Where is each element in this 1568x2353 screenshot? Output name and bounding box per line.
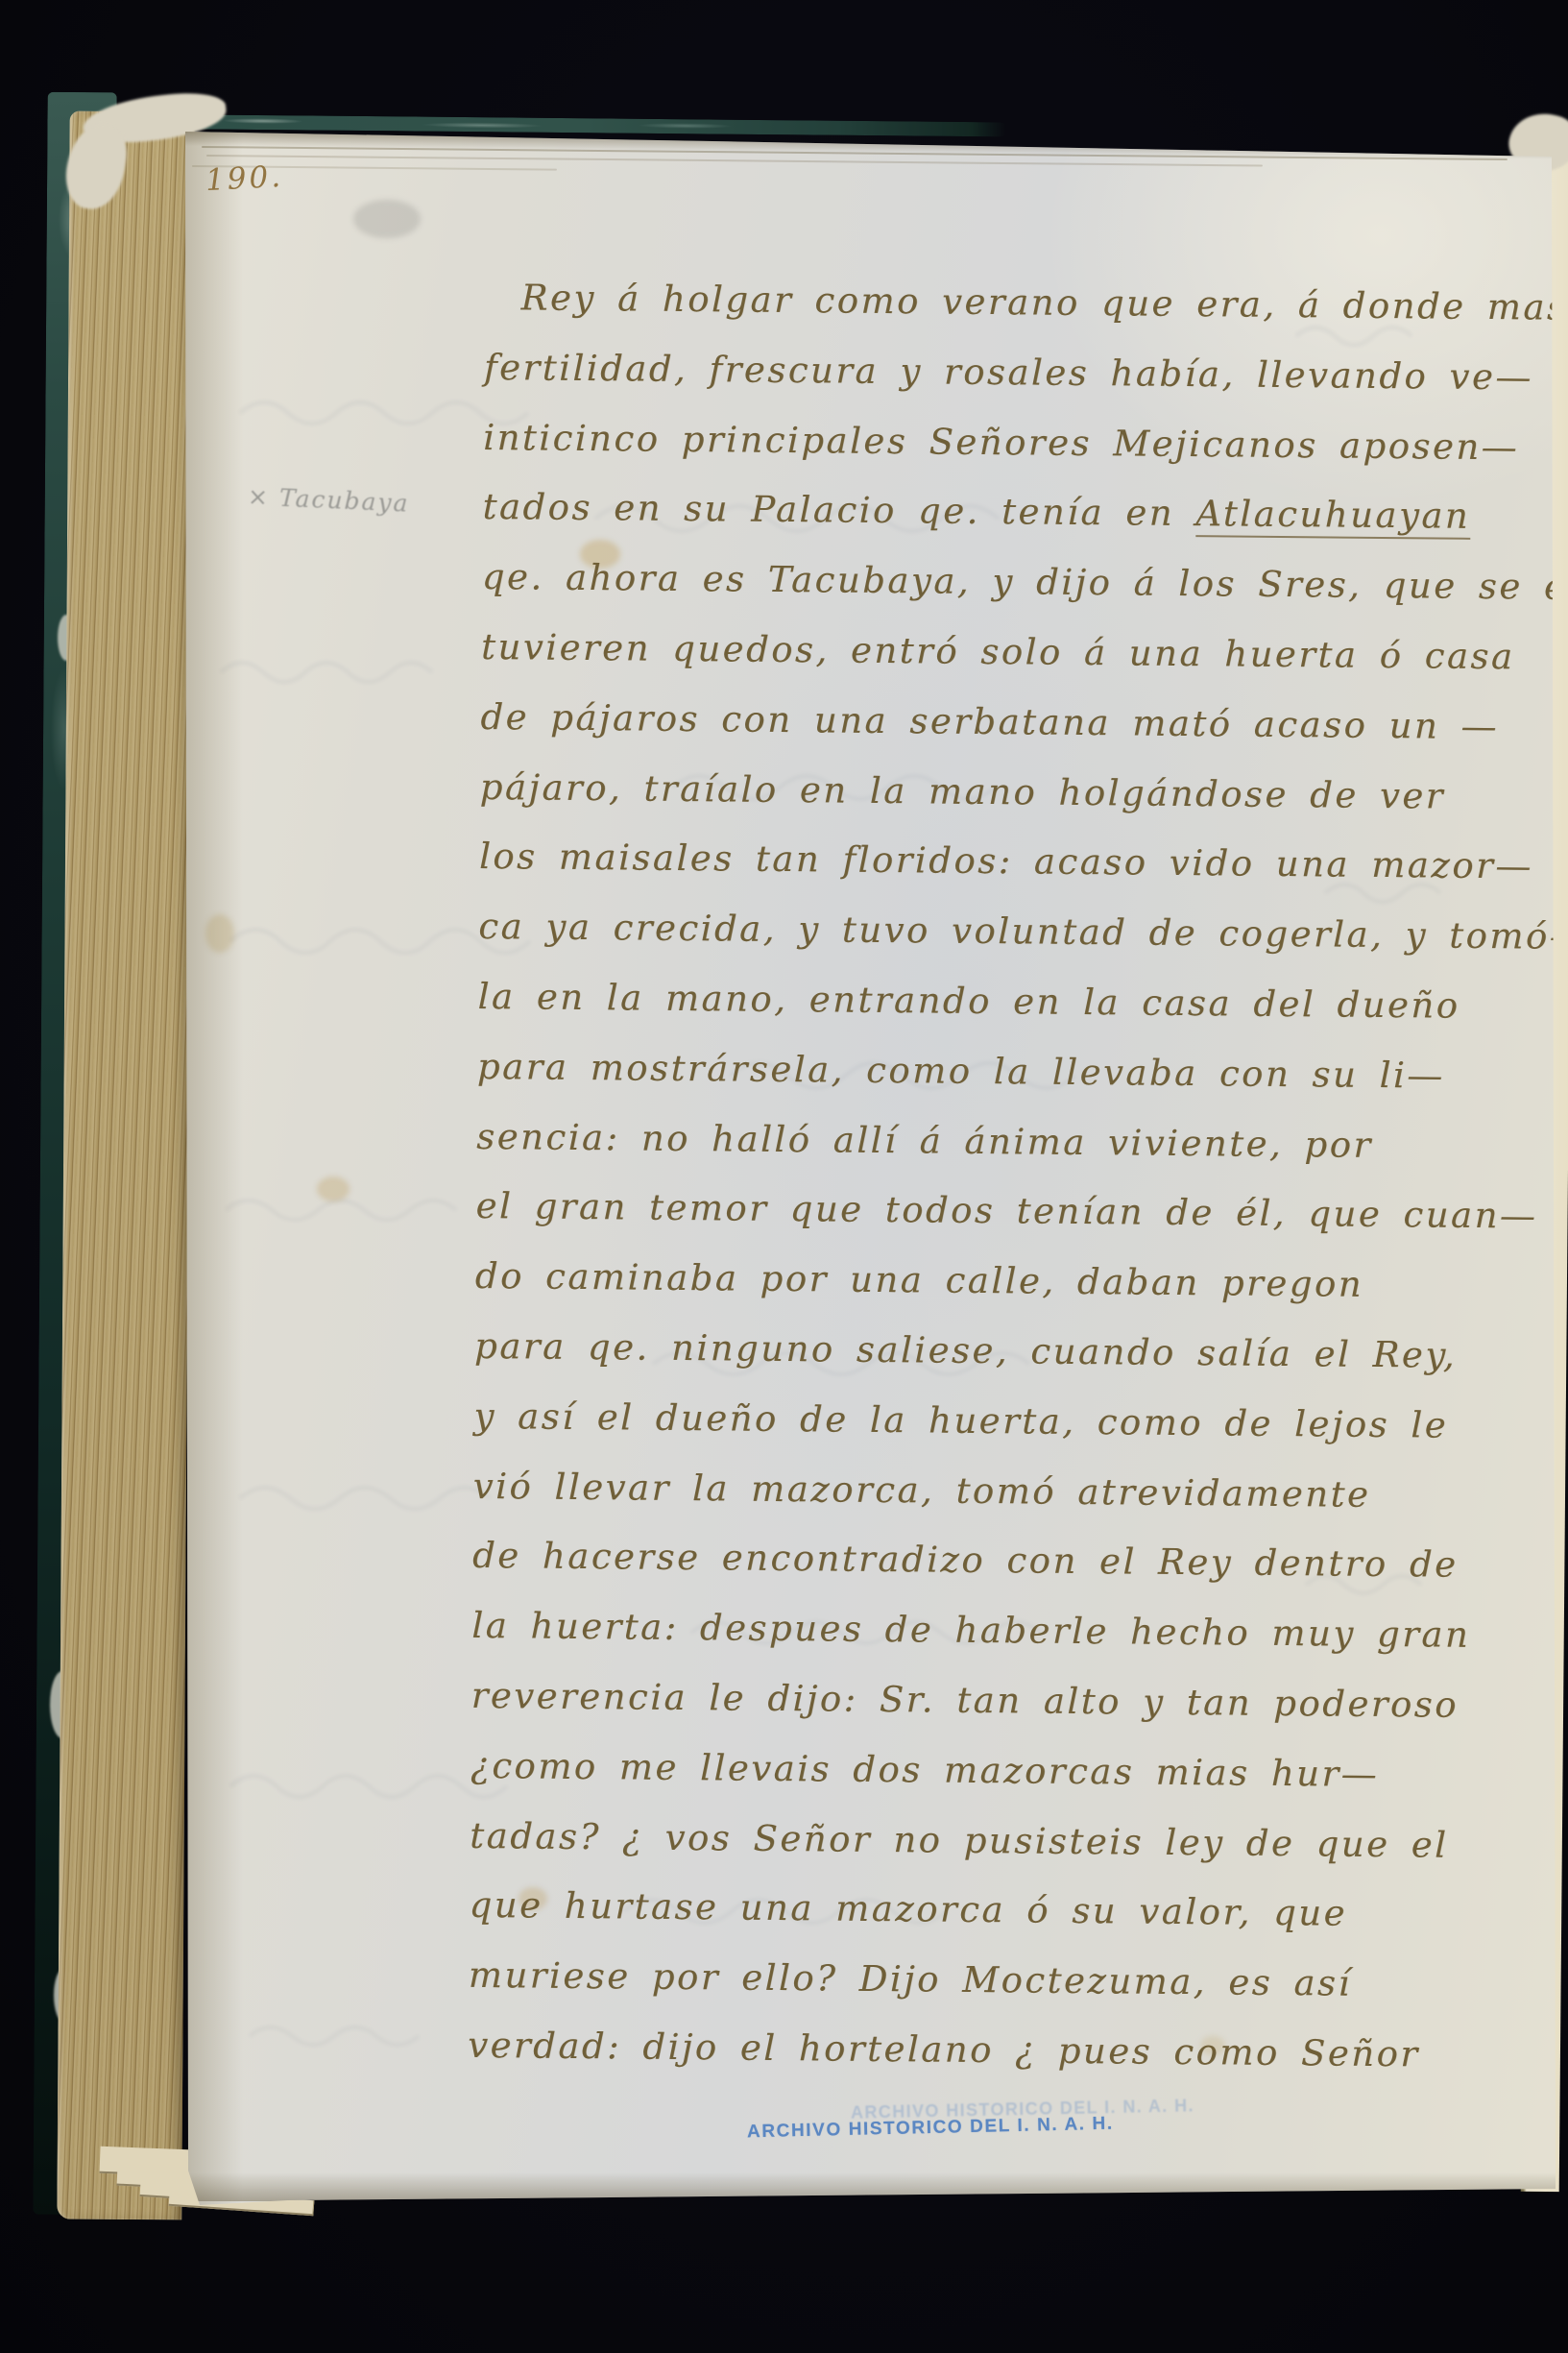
folio-number: 190. [205, 159, 284, 198]
manuscript-line: y así el dueño de la huerta, como de lej… [473, 1382, 1540, 1462]
gutter-shadow [185, 132, 243, 2206]
photograph-of-bound-manuscript: 190. × Tacubaya Rey á holgar como verano… [0, 0, 1568, 2353]
foxing-spot [317, 1176, 350, 1201]
foxing-spot [1448, 85, 1486, 117]
manuscript-line: inticinco principales Señores Mejicanos … [483, 403, 1550, 483]
manuscript-line: Rey á holgar como verano que era, á dond… [484, 263, 1551, 343]
manuscript-line: do caminaba por una calle, daban pregon [475, 1242, 1542, 1322]
manuscript-line: el gran temor que todos tenían de él, qu… [475, 1172, 1542, 1251]
manuscript-line: de hacerse encontradizo con el Rey dentr… [472, 1521, 1539, 1601]
manuscript-line: la en la mano, entrando en la casa del d… [477, 962, 1544, 1042]
manuscript-page: 190. × Tacubaya Rey á holgar como verano… [0, 0, 1568, 2353]
manuscript-line: tados en su Palacio qe. tenía en Atlacuh… [482, 473, 1549, 552]
bottom-edge-shadow [188, 2172, 1556, 2201]
book-cover-top-edge [161, 114, 1006, 136]
manuscript-line: ca ya crecida, y tuvo voluntad de cogerl… [478, 892, 1545, 972]
manuscript-line: qe. ahora es Tacubaya, y dijo á los Sres… [482, 543, 1549, 622]
manuscript-line: tadas? ¿ vos Señor no pusisteis ley de q… [470, 1801, 1536, 1880]
smudge-mark [353, 200, 421, 238]
manuscript-line: para qe. ninguno saliese, cuando salía e… [474, 1312, 1541, 1392]
manuscript-line: muriese por ello? Dijo Moctezuma, es así [469, 1941, 1535, 2021]
manuscript-line: reverencia le dijo: Sr. tan alto y tan p… [470, 1662, 1537, 1741]
foxing-spot [205, 914, 234, 953]
manuscript-line: ¿como me llevais dos mazorcas mias hur— [470, 1732, 1537, 1811]
manuscript-line: para mostrársela, como la llevaba con su… [477, 1032, 1544, 1112]
manuscript-line: tuvieren quedos, entró solo á una huerta… [481, 613, 1548, 692]
manuscript-line: fertilidad, frescura y rosales había, ll… [484, 333, 1551, 413]
manuscript-line: sencia: no halló allí á ánima viviente, … [476, 1103, 1543, 1182]
manuscript-line: vió llevar la mazorca, tomó atrevidament… [472, 1451, 1539, 1531]
page-edge-stack [57, 111, 194, 2220]
manuscript-line: la huerta: despues de haberle hecho muy … [471, 1591, 1538, 1671]
manuscript-line: de pájaros con una serbatana mató acaso … [480, 683, 1547, 763]
manuscript-line: que hurtase una mazorca ó su valor, que [469, 1871, 1535, 1951]
manuscript-line: pájaro, traíalo en la mano holgándose de… [479, 753, 1546, 833]
manuscript-line: los maisales tan floridos: acaso vido un… [479, 822, 1546, 902]
manuscript-text: Rey á holgar como verano que era, á dond… [468, 263, 1551, 2091]
manuscript-line: verdad: dijo el hortelano ¿ pues como Se… [468, 2011, 1534, 2091]
